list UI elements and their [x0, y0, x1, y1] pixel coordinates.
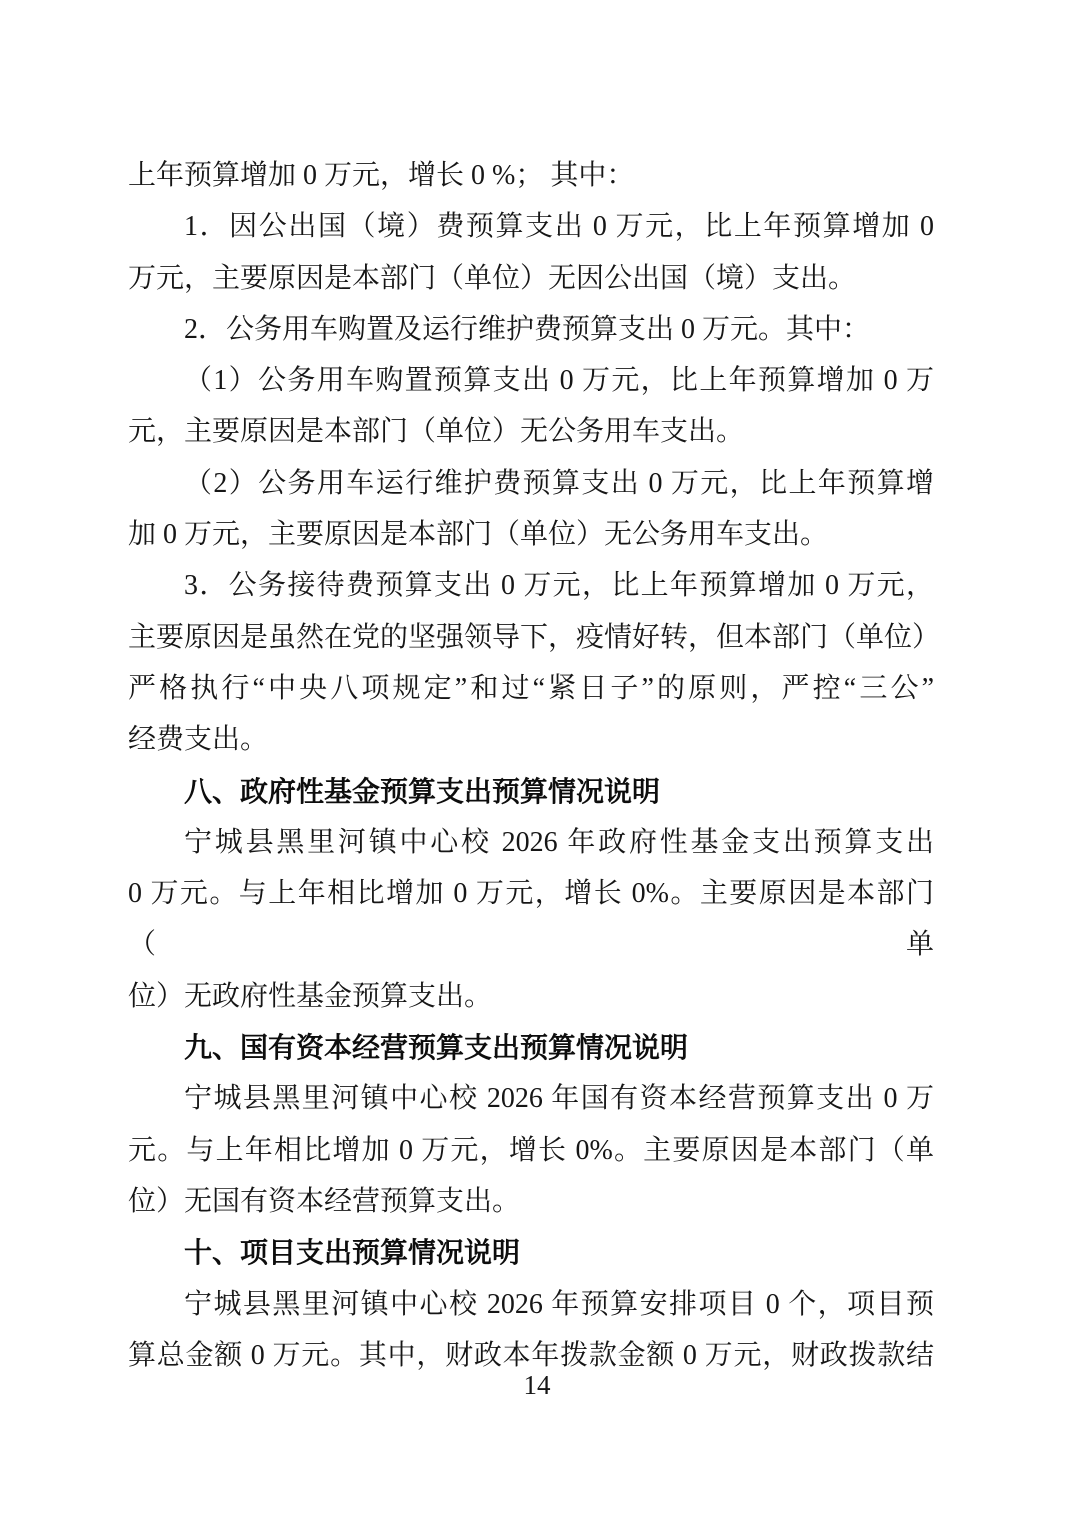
text-line: 元。与上年相比增加 0 万元，增长 0%。主要原因是本部门（单 [128, 1125, 934, 1176]
text-line: 加 0 万元，主要原因是本部门（单位）无公务用车支出。 [128, 509, 934, 560]
text-line: 宁城县黑里河镇中心校 2026 年国有资本经营预算支出 0 万 [128, 1073, 934, 1124]
page-number: 14 [0, 1370, 1074, 1400]
text-line: 主要原因是虽然在党的坚强领导下，疫情好转，但本部门（单位） [128, 612, 934, 663]
text-line: 经费支出。 [128, 714, 934, 765]
text-line: 严格执行“中央八项规定”和过“紧日子”的原则，严控“三公” [128, 663, 934, 714]
text-line: （1）公务用车购置预算支出 0 万元，比上年预算增加 0 万 [128, 355, 934, 406]
text-line: 万元，主要原因是本部门（单位）无因公出国（境）支出。 [128, 253, 934, 304]
text-line: 宁城县黑里河镇中心校 2026 年政府性基金支出预算支出 [128, 817, 934, 868]
text-block: 上年预算增加 0 万元，增长 0 %； 其中：1．因公出国（境）费预算支出 0 … [128, 150, 934, 1381]
section-heading: 九、国有资本经营预算支出预算情况说明 [128, 1022, 934, 1073]
document-page: 上年预算增加 0 万元，增长 0 %； 其中：1．因公出国（境）费预算支出 0 … [0, 0, 1074, 1520]
text-line: （2）公务用车运行维护费预算支出 0 万元，比上年预算增 [128, 458, 934, 509]
text-line: 0 万元。与上年相比增加 0 万元，增长 0%。主要原因是本部门（单 [128, 868, 934, 971]
section-heading: 八、政府性基金预算支出预算情况说明 [128, 766, 934, 817]
text-line: 位）无国有资本经营预算支出。 [128, 1176, 934, 1227]
text-line: 3．公务接待费预算支出 0 万元，比上年预算增加 0 万元， [128, 560, 934, 611]
text-line: 2．公务用车购置及运行维护费预算支出 0 万元。其中： [128, 304, 934, 355]
text-line: 上年预算增加 0 万元，增长 0 %； 其中： [128, 150, 934, 201]
text-line: 1．因公出国（境）费预算支出 0 万元，比上年预算增加 0 [128, 201, 934, 252]
text-line: 位）无政府性基金预算支出。 [128, 971, 934, 1022]
text-line: 宁城县黑里河镇中心校 2026 年预算安排项目 0 个，项目预 [128, 1279, 934, 1330]
text-line: 元，主要原因是本部门（单位）无公务用车支出。 [128, 406, 934, 457]
section-heading: 十、项目支出预算情况说明 [128, 1227, 934, 1278]
